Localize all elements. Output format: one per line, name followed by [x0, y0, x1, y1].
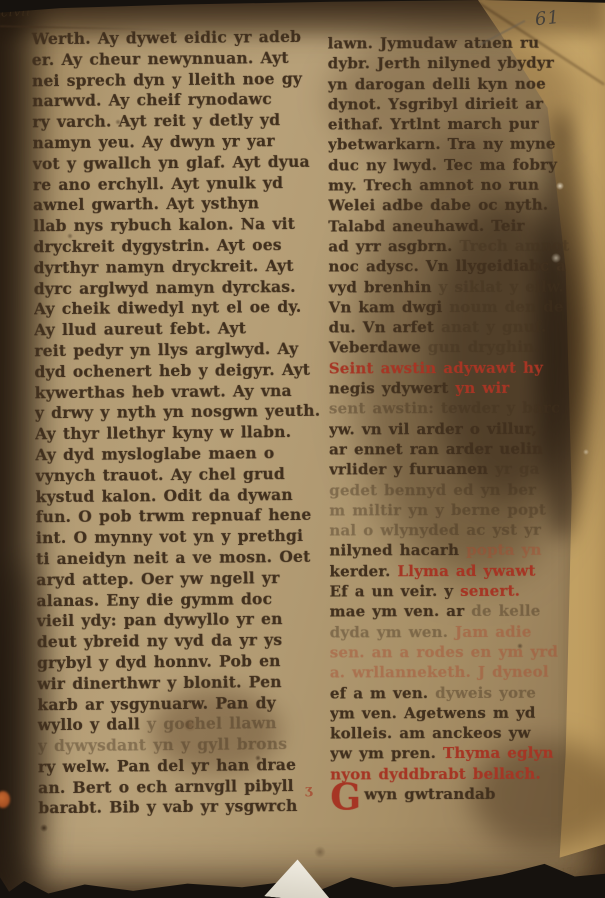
manuscript-line: dynot. Ysgribyl dirieit ar [328, 93, 596, 114]
manuscript-line: kystud kalon. Odit da dywan [36, 484, 328, 507]
manuscript-line: Veberdawe gun dryghin. [329, 337, 597, 358]
manuscript-line: yw ym pren. Thyma eglyn [330, 743, 598, 764]
manuscript-line: nal o wlynyded ac yst yr [329, 520, 597, 541]
manuscript-line: namyn yeu. Ay dwyn yr yar [32, 131, 324, 154]
manuscript-line: ef a m ven. dyweis yore [330, 682, 598, 703]
manuscript-line: dybr. Jerth nilyned ybydyr [328, 53, 596, 74]
manuscript-line: a. wrllanneketh. J dyneol [330, 662, 598, 683]
manuscript-line: Ay thyr llethyr kyny w llabn. [35, 422, 327, 445]
manuscript-line: ybetwarkarn. Tra ny myne [328, 134, 596, 155]
manuscript-line: gedet bennyd ed yn ber [329, 479, 597, 500]
manuscript-line: my. Trech amnot no run [328, 175, 596, 196]
manuscript-line: Welei adbe dabe oc nyth. [328, 195, 596, 216]
manuscript-line: ry welw. Pan del yr han drae [38, 755, 330, 778]
bottom-right-number: 173 [561, 866, 579, 878]
column-left: Werth. Ay dywet eidic yr adeber. Ay cheu… [32, 27, 331, 830]
manuscript-line: alanas. Eny die gymm doc [36, 588, 328, 611]
manuscript-line: vynych trauot. Ay chel grud [35, 463, 327, 486]
manuscript-line: kywerthas heb vrawt. Ay vna [35, 380, 327, 403]
manuscript-line: negis ydywert yn wir [329, 378, 597, 399]
manuscript-line: re ano erchyll. Ayt ynulk yd [33, 172, 325, 195]
manuscript-line: dyda ym wen. Jam adie [330, 621, 598, 642]
manuscript-line: vieil ydy: pan dywyllo yr en [37, 609, 329, 632]
manuscript-line: dyrthyr namyn dryckreit. Ayt [34, 255, 326, 278]
manuscript-line: Werth. Ay dywet eidic yr adeb [32, 27, 324, 50]
manuscript-line: Vn kam dwgi noum den de [329, 296, 597, 317]
manuscript-line: noc adysc. Vn llygeidiabc a [328, 256, 596, 277]
manuscript-line: fun. O pob trwm repnuaf hene [36, 505, 328, 528]
manuscript-line: lawn. Jymudaw atnen ru [328, 33, 596, 54]
wax-stain [0, 791, 10, 808]
manuscript-line: dyd ochenert heb y deigyr. Ayt [34, 359, 326, 382]
manuscript-line: Ay dyd mysloglabe maen o [35, 443, 327, 466]
manuscript-line: barabt. Bib y vab yr ysgwrch [38, 796, 330, 819]
manuscript-line: Talabd aneuhawd. Teir [328, 215, 596, 236]
manuscript-line: sen. an a rodes en ym yrd [330, 641, 598, 662]
manuscript-line: deut ybreid ny vyd da yr ys [37, 630, 329, 653]
manuscript-line: int. O mynny vot yn y prethgi [36, 526, 328, 549]
manuscript-line: er. Ay cheur newynnuan. Ayt [32, 48, 324, 71]
rubric-initial: G [330, 776, 361, 818]
column-right: lawn. Jymudaw atnen rudybr. Jerth nilyne… [328, 33, 599, 826]
manuscript-line: nei sprech dyn y lleith noe gy [32, 68, 324, 91]
manuscript-line: ad yrr asgbrn. Trech amnot [328, 236, 596, 257]
manuscript-line: Ef a un veir. y senert. [330, 581, 598, 602]
manuscript-line: yw. vn vil arder o villur, [329, 418, 597, 439]
manuscript-line: ti aneidyn neit a ve mosn. Oet [36, 547, 328, 570]
manuscript-line: narwvd. Ay cheif rynodawc [32, 89, 324, 112]
manuscript-line: an. Bert o ech arnvgll pibyll [38, 775, 330, 798]
corner-folio-mark: clvii [1, 4, 31, 19]
manuscript-line: awnel gwarth. Ayt ysthyn [33, 193, 325, 216]
manuscript-line: eithaf. Yrtlnt march pur [328, 114, 596, 135]
manuscript-line: ar ennet ran arder uelin [329, 438, 597, 459]
manuscript-line: m miltir yn y berne popt [329, 499, 597, 520]
manuscript-line: ry varch. Ayt reit y detly yd [32, 110, 324, 133]
manuscript-line: llab nys rybuch kalon. Na vit [33, 214, 325, 237]
manuscript-line: Gwyn gwtrandab [330, 784, 598, 807]
manuscript-line: kerder. Llyma ad ywawt [329, 560, 597, 581]
manuscript-line: wir dinerthwr y blonit. Pen [37, 671, 329, 694]
manuscript-line: Ay cheik diwedyl nyt el oe dy. [34, 297, 326, 320]
manuscript-line: kolleis. am anckeos yw [330, 723, 598, 744]
manuscript-line: dyrc arglwyd namyn dyrckas. [34, 276, 326, 299]
manuscript-line: duc ny lwyd. Tec ma fobry [328, 154, 596, 175]
manuscript-line: vot y gwallch yn glaf. Ayt dyua [33, 152, 325, 175]
manuscript-line: Ay llud aureut febt. Ayt [34, 318, 326, 341]
folio-number: 61 [534, 7, 561, 30]
manuscript-line: vrlider y furuanen yr ga [329, 459, 597, 480]
manuscript-photo: Werth. Ay dywet eidic yr adeber. Ay cheu… [0, 0, 605, 898]
manuscript-line: dryckreit dygystrin. Ayt oes [33, 235, 325, 258]
manuscript-line: aryd attep. Oer yw ngell yr [36, 567, 328, 590]
manuscript-line: mae ym ven. ar de kelle [330, 601, 598, 622]
parchment-leaf: Werth. Ay dywet eidic yr adeber. Ay cheu… [0, 0, 605, 898]
manuscript-line: Seint awstin adywawt hy [329, 357, 597, 378]
manuscript-line: sent awstin: tewder y barc [329, 398, 597, 419]
manuscript-line: reit pedyr yn llys arglwyd. Ay [34, 339, 326, 362]
manuscript-line: du. Vn arfet anat y gnuf. [329, 317, 597, 338]
manuscript-line: grybyl y dyd honnv. Pob en [37, 651, 329, 674]
manuscript-line: nilyned hacarh popta yn [329, 540, 597, 561]
gutter-quire-mark: ʒ [305, 783, 312, 798]
manuscript-line: nyon dyddbrabt bellach. [330, 763, 598, 784]
manuscript-line: ym ven. Agetwens m yd [330, 702, 598, 723]
manuscript-line: yn darogan delli kyn noe [328, 73, 596, 94]
manuscript-line: wyllo y dall y gochel llawn [38, 713, 330, 736]
manuscript-line: y drwy y nyth yn nosgwn yeuth. [35, 401, 327, 424]
manuscript-line: y dywysdant yn y gyll brons [38, 734, 330, 757]
manuscript-line: vyd brenhin y siklat y eilw. [328, 276, 596, 297]
manuscript-line: karb ar ysgynuarw. Pan dy [37, 692, 329, 715]
